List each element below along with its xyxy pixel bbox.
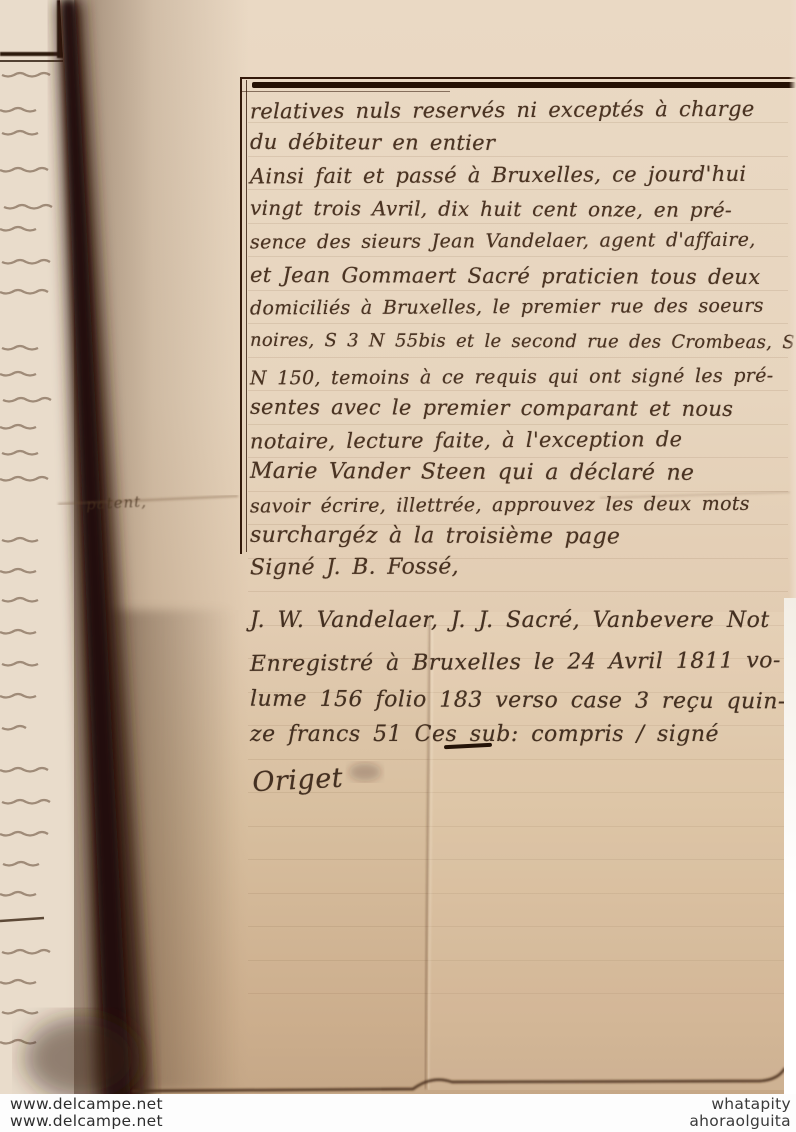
paper-right-edge (789, 0, 796, 600)
document-photo: relatives nuls reservés ni exceptés à ch… (0, 0, 796, 1132)
watermark-band: www.delcampe.net www.delcampe.net whatap… (0, 1094, 796, 1132)
watermark-delcampe: www.delcampe.net (10, 1096, 163, 1112)
scan-background-right (784, 598, 796, 1098)
registration-line: Enregistré à Bruxelles le 24 Avril 1811 … (250, 648, 795, 677)
registration-block: J. W. Vandelaer, J. J. Sacré, Vanbevere … (0, 0, 796, 1132)
watermark-delcampe: www.delcampe.net (10, 1113, 163, 1129)
registrar-signature: Origet (252, 739, 796, 798)
registration-line: lume 156 folio 183 verso case 3 reçu qui… (250, 687, 795, 715)
watermark-whatapity: whatapity (711, 1096, 791, 1112)
registration-line: J. W. Vandelaer, J. J. Sacré, Vanbevere … (250, 608, 795, 633)
watermark-ahoraolguita: ahoraolguita (689, 1113, 791, 1129)
margin-word-fragment: patent, (86, 492, 148, 513)
